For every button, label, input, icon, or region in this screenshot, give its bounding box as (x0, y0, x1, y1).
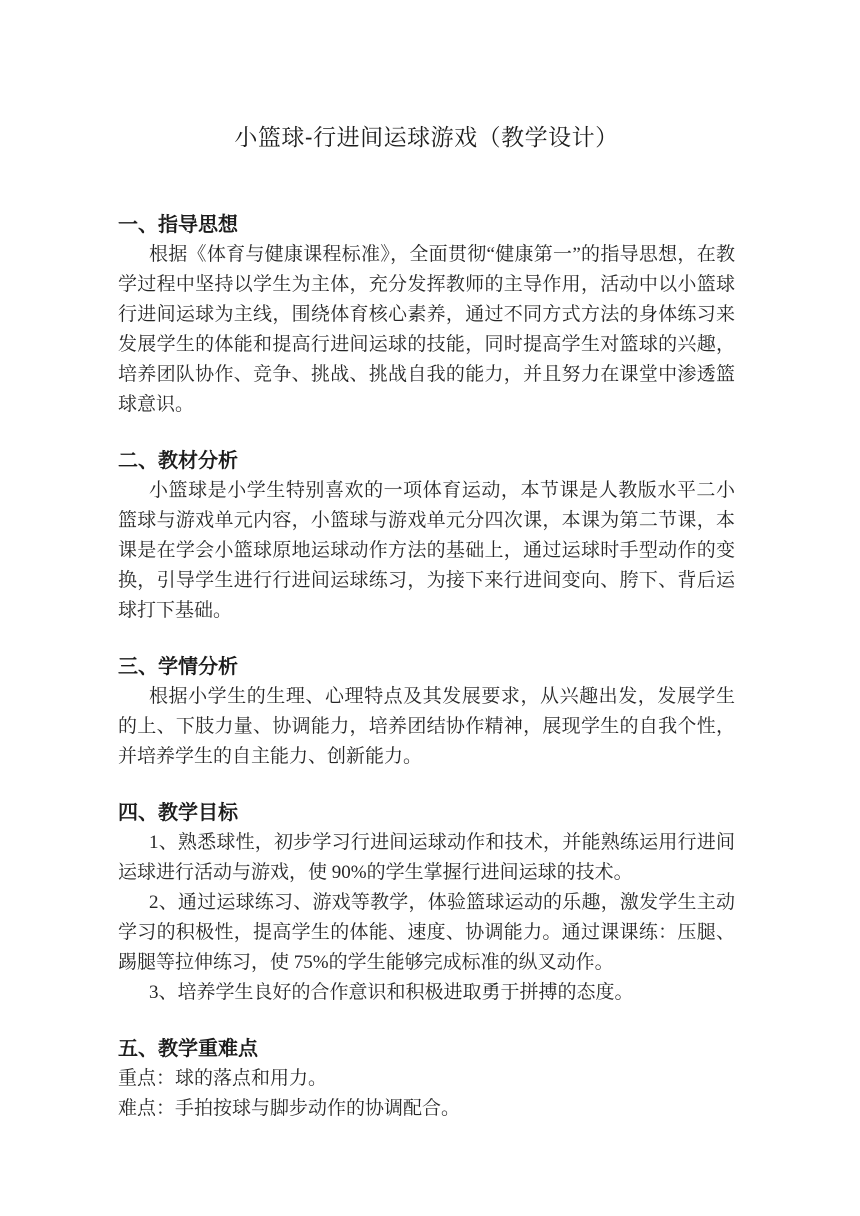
section-heading: 一、指导思想 (118, 210, 735, 240)
section: 五、教学重难点重点：球的落点和用力。难点：手拍按球与脚步动作的协调配合。 (118, 1034, 735, 1124)
paragraph: 根据小学生的生理、心理特点及其发展要求，从兴趣出发，发展学生的上、下肢力量、协调… (118, 682, 735, 772)
section-heading: 四、教学目标 (118, 798, 735, 828)
paragraph: 1、熟悉球性，初步学习行进间运球动作和技术，并能熟练运用行进间运球进行活动与游戏… (118, 828, 735, 888)
section: 四、教学目标1、熟悉球性，初步学习行进间运球动作和技术，并能熟练运用行进间运球进… (118, 798, 735, 1008)
paragraph: 难点：手拍按球与脚步动作的协调配合。 (118, 1094, 735, 1124)
paragraph: 根据《体育与健康课程标准》，全面贯彻“健康第一”的指导思想，在教学过程中坚持以学… (118, 240, 735, 420)
document-title: 小篮球-行进间运球游戏（教学设计） (118, 120, 735, 154)
document-body: 一、指导思想根据《体育与健康课程标准》，全面贯彻“健康第一”的指导思想，在教学过… (118, 210, 735, 1124)
paragraph: 2、通过运球练习、游戏等教学，体验篮球运动的乐趣，激发学生主动学习的积极性，提高… (118, 888, 735, 978)
section: 三、学情分析根据小学生的生理、心理特点及其发展要求，从兴趣出发，发展学生的上、下… (118, 652, 735, 772)
section: 一、指导思想根据《体育与健康课程标准》，全面贯彻“健康第一”的指导思想，在教学过… (118, 210, 735, 420)
section-heading: 二、教材分析 (118, 446, 735, 476)
paragraph: 重点：球的落点和用力。 (118, 1064, 735, 1094)
paragraph: 小篮球是小学生特别喜欢的一项体育运动，本节课是人教版水平二小篮球与游戏单元内容，… (118, 476, 735, 626)
section-heading: 三、学情分析 (118, 652, 735, 682)
section-heading: 五、教学重难点 (118, 1034, 735, 1064)
document-page: 小篮球-行进间运球游戏（教学设计） 一、指导思想根据《体育与健康课程标准》，全面… (0, 0, 860, 1216)
section: 二、教材分析小篮球是小学生特别喜欢的一项体育运动，本节课是人教版水平二小篮球与游… (118, 446, 735, 626)
paragraph: 3、培养学生良好的合作意识和积极进取勇于拼搏的态度。 (118, 978, 735, 1008)
